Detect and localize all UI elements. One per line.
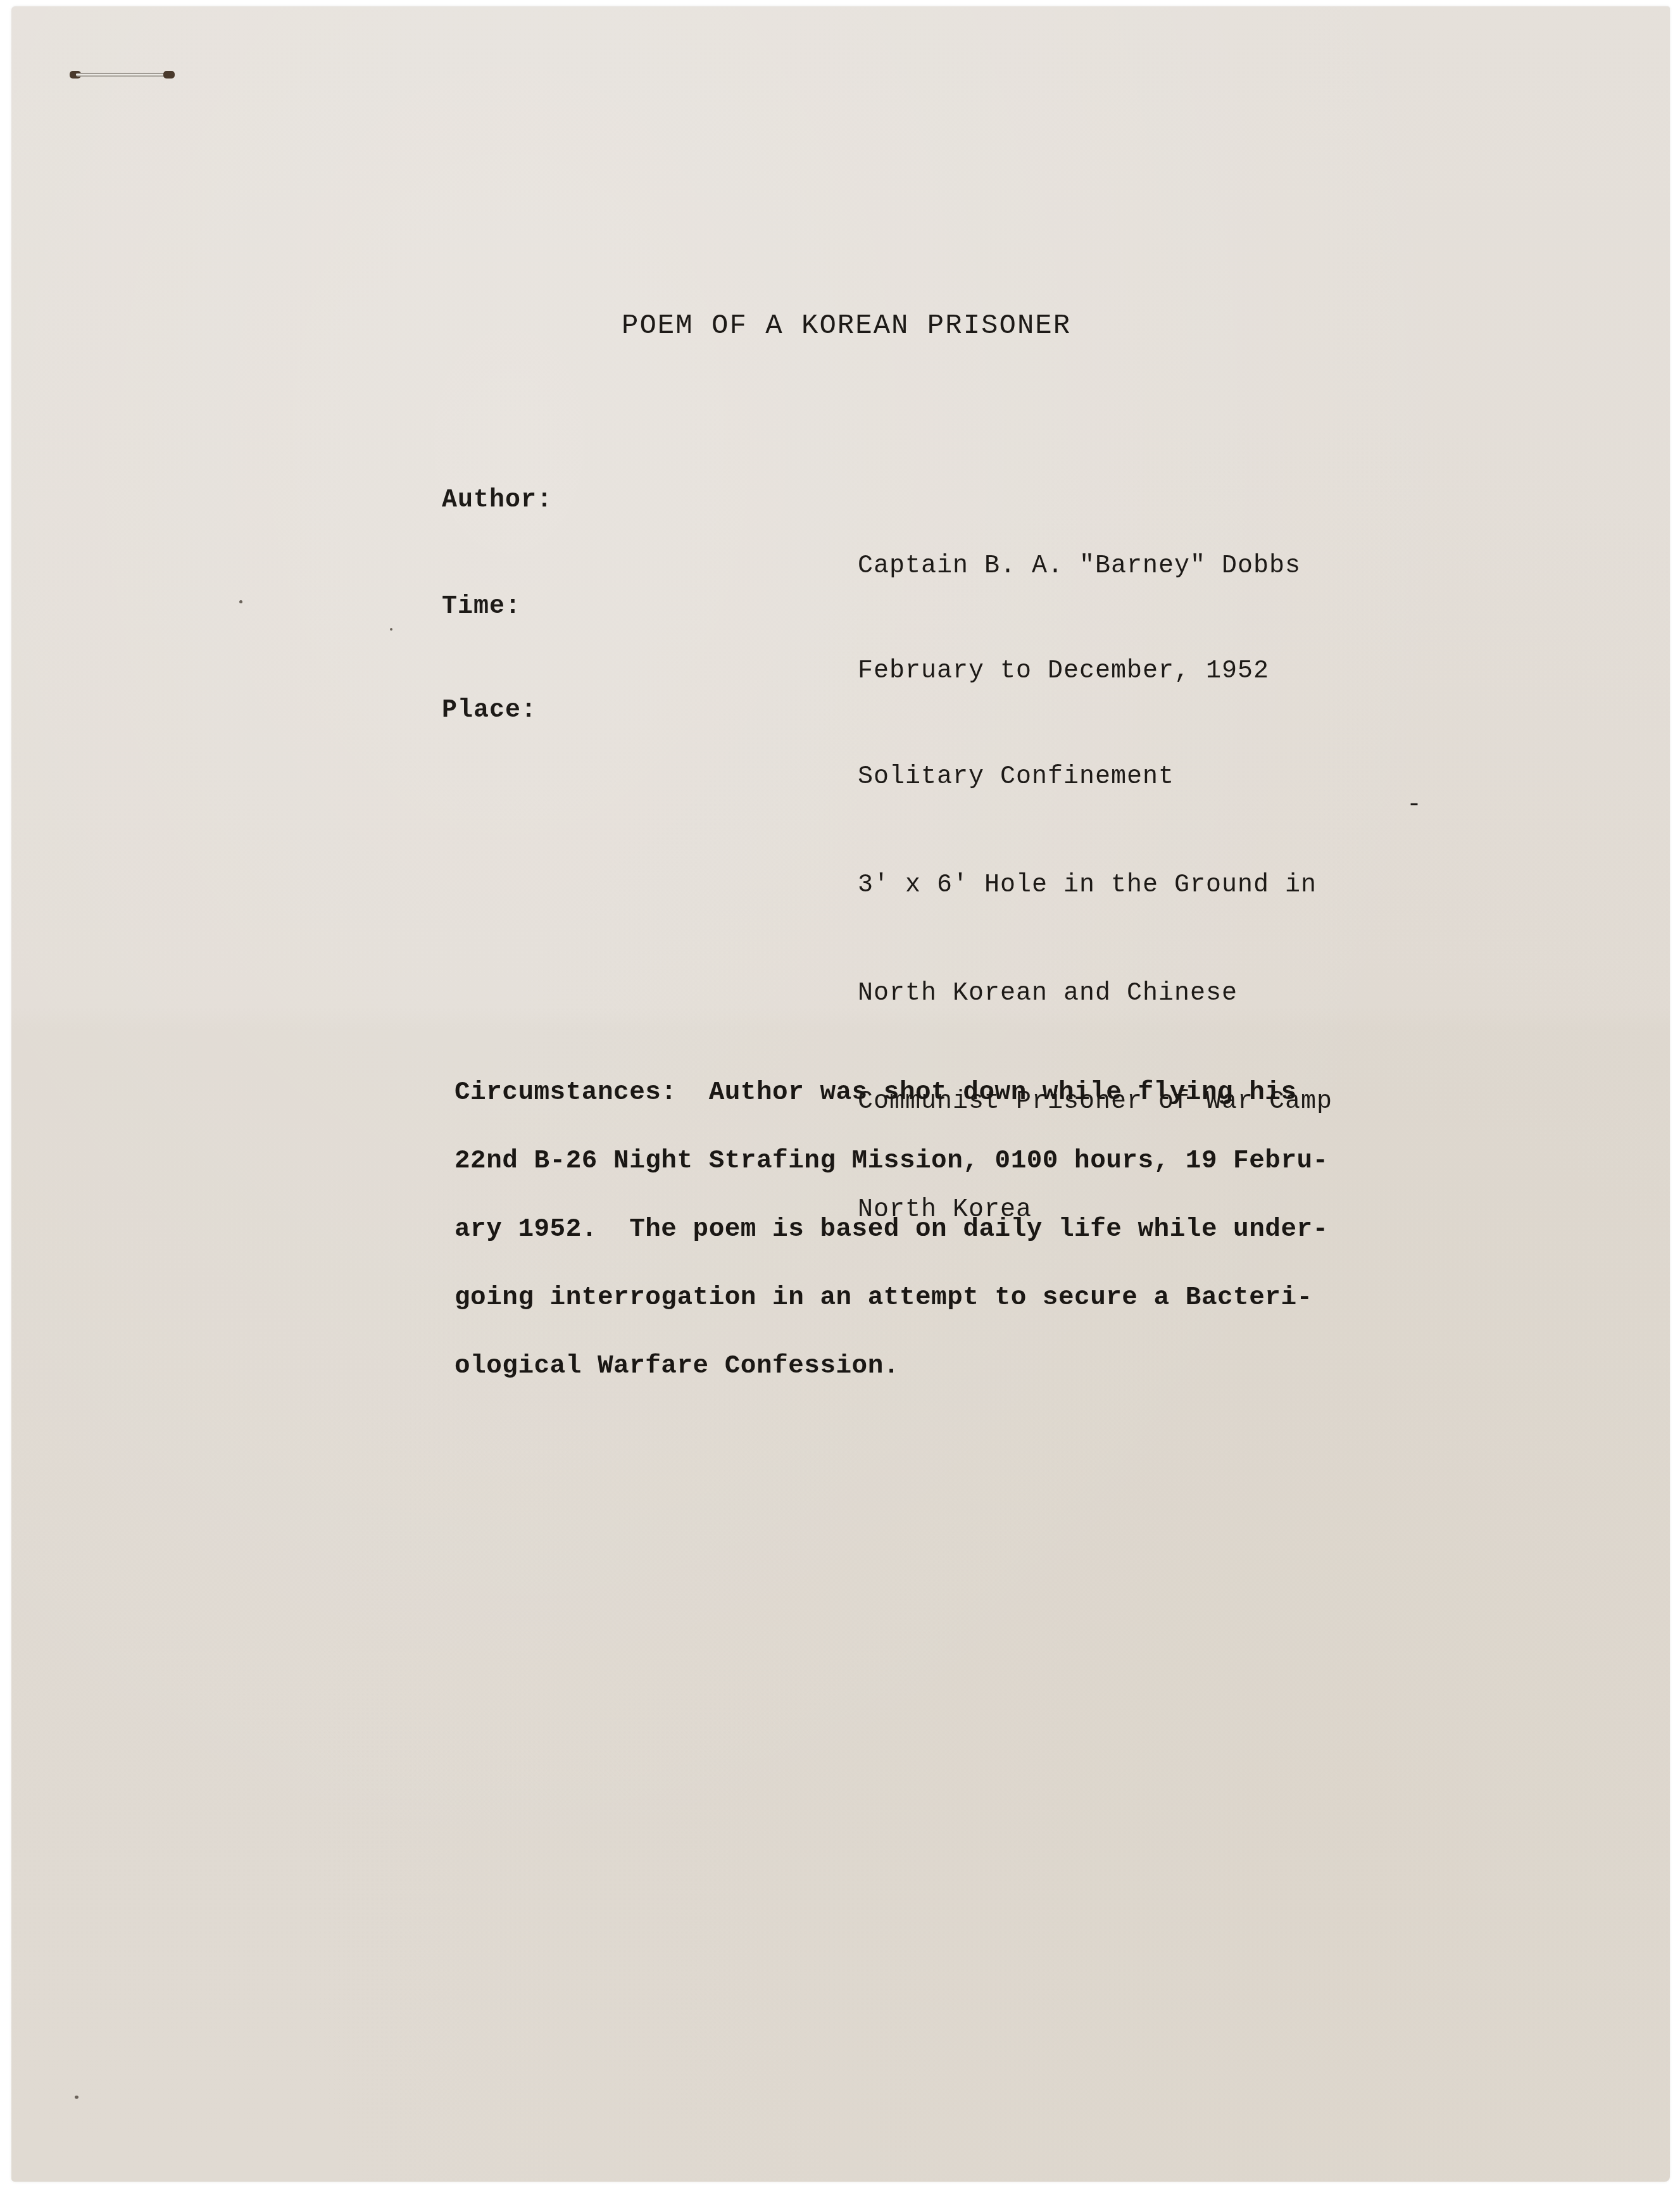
place-value-line: 3' x 6' Hole in the Ground in bbox=[858, 867, 1332, 903]
time-label: Time: bbox=[442, 593, 521, 621]
time-value-line: February to December, 1952 bbox=[858, 653, 1269, 689]
circumstances-line: ological Warfare Confession. bbox=[454, 1332, 1531, 1400]
staple-wire bbox=[76, 73, 168, 77]
place-trailing-dash: - bbox=[1407, 791, 1422, 819]
place-value-line: Solitary Confinement bbox=[858, 759, 1332, 795]
circumstances-line: Circumstances: Author was shot down whil… bbox=[454, 1059, 1531, 1127]
circumstances-line: 22nd B-26 Night Strafing Mission, 0100 h… bbox=[454, 1127, 1531, 1195]
place-label: Place: bbox=[442, 696, 537, 725]
circumstances-paragraph: Circumstances: Author was shot down whil… bbox=[454, 1059, 1531, 1400]
paper-speck bbox=[75, 2096, 78, 2099]
paper-speck bbox=[239, 600, 242, 603]
author-label: Author: bbox=[442, 486, 553, 515]
circumstances-line: ary 1952. The poem is based on daily lif… bbox=[454, 1195, 1531, 1264]
author-value-line: Captain B. A. "Barney" Dobbs bbox=[858, 548, 1301, 584]
document-title: POEM OF A KOREAN PRISONER bbox=[622, 310, 1071, 342]
place-value-line: North Korean and Chinese bbox=[858, 976, 1332, 1012]
circumstances-line: going interrogation in an attempt to sec… bbox=[454, 1264, 1531, 1332]
staple-end bbox=[163, 71, 175, 79]
paper-speck bbox=[390, 628, 392, 631]
staple-icon bbox=[70, 71, 175, 79]
